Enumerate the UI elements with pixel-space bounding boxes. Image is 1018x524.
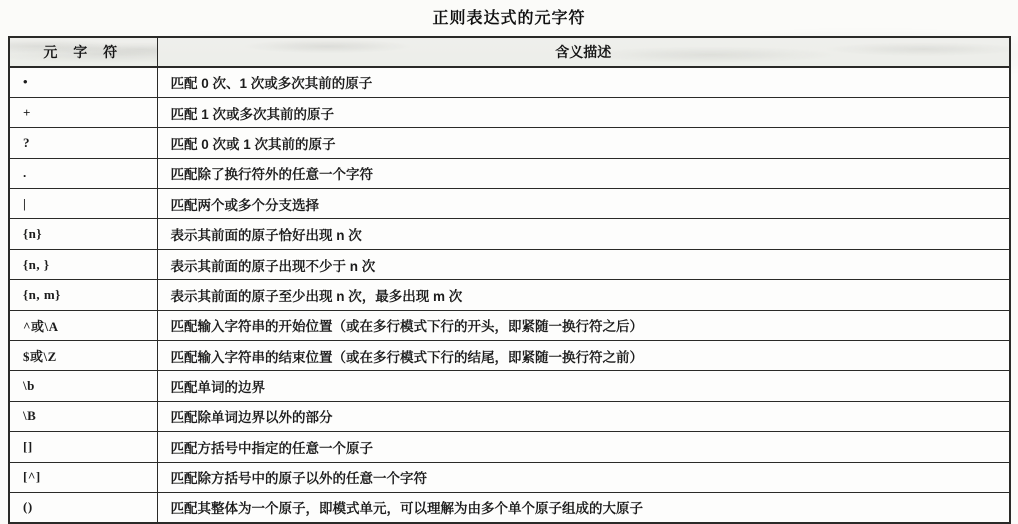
header-metachar: 元 字 符 — [9, 37, 157, 67]
description-cell: 表示其前面的原子出现不少于 n 次 — [157, 249, 1010, 279]
table-row: \B 匹配除单词边界以外的部分 — [9, 401, 1010, 431]
metachar-cell: {n, } — [9, 249, 157, 279]
metachar-cell: ? — [9, 128, 157, 158]
table-row: + 匹配 1 次或多次其前的原子 — [9, 97, 1010, 127]
description-cell: 匹配其整体为一个原子，即模式单元，可以理解为由多个单个原子组成的大原子 — [157, 492, 1010, 522]
description-cell: 匹配输入字符串的结束位置（或在多行模式下行的结尾，即紧随一换行符之前） — [157, 341, 1010, 371]
metachar-cell: {n} — [9, 219, 157, 249]
metachar-cell: ^或\A — [9, 310, 157, 340]
table-row: [] 匹配方括号中指定的任意一个原子 — [9, 432, 1010, 462]
table-row: • 匹配 0 次、1 次或多次其前的原子 — [9, 67, 1010, 97]
table-row: {n, m} 表示其前面的原子至少出现 n 次，最多出现 m 次 — [9, 280, 1010, 310]
regex-metachar-table: 元 字 符 含义描述 • 匹配 0 次、1 次或多次其前的原子 + 匹配 1 次… — [8, 36, 1011, 524]
metachar-cell: [] — [9, 432, 157, 462]
metachar-cell: \B — [9, 401, 157, 431]
table-row: \b 匹配单词的边界 — [9, 371, 1010, 401]
description-cell: 匹配除方括号中的原子以外的任意一个字符 — [157, 462, 1010, 492]
metachar-cell: + — [9, 97, 157, 127]
table-row: | 匹配两个或多个分支选择 — [9, 189, 1010, 219]
description-cell: 表示其前面的原子至少出现 n 次，最多出现 m 次 — [157, 280, 1010, 310]
metachar-cell: • — [9, 67, 157, 97]
metachar-cell: [^] — [9, 462, 157, 492]
metachar-cell: {n, m} — [9, 280, 157, 310]
table-row: {n} 表示其前面的原子恰好出现 n 次 — [9, 219, 1010, 249]
description-cell: 匹配 1 次或多次其前的原子 — [157, 97, 1010, 127]
metachar-cell: . — [9, 158, 157, 188]
description-cell: 匹配除单词边界以外的部分 — [157, 401, 1010, 431]
metachar-cell: $或\Z — [9, 341, 157, 371]
description-cell: 匹配 0 次、1 次或多次其前的原子 — [157, 67, 1010, 97]
metachar-cell: | — [9, 189, 157, 219]
description-cell: 匹配两个或多个分支选择 — [157, 189, 1010, 219]
scanned-page: 正则表达式的元字符 元 字 符 含义描述 • 匹配 0 次、1 次或多次其前的原… — [0, 0, 1018, 524]
description-cell: 匹配 0 次或 1 次其前的原子 — [157, 128, 1010, 158]
description-cell: 表示其前面的原子恰好出现 n 次 — [157, 219, 1010, 249]
table-row: () 匹配其整体为一个原子，即模式单元，可以理解为由多个单个原子组成的大原子 — [9, 492, 1010, 522]
table-row: ? 匹配 0 次或 1 次其前的原子 — [9, 128, 1010, 158]
metachar-cell: \b — [9, 371, 157, 401]
table-row: [^] 匹配除方括号中的原子以外的任意一个字符 — [9, 462, 1010, 492]
page-title: 正则表达式的元字符 — [0, 5, 1018, 28]
table-row: ^或\A 匹配输入字符串的开始位置（或在多行模式下行的开头，即紧随一换行符之后） — [9, 310, 1010, 340]
header-description: 含义描述 — [157, 37, 1010, 67]
description-cell: 匹配方括号中指定的任意一个原子 — [157, 432, 1010, 462]
description-cell: 匹配输入字符串的开始位置（或在多行模式下行的开头，即紧随一换行符之后） — [157, 310, 1010, 340]
table-row: $或\Z 匹配输入字符串的结束位置（或在多行模式下行的结尾，即紧随一换行符之前） — [9, 341, 1010, 371]
description-cell: 匹配单词的边界 — [157, 371, 1010, 401]
metachar-cell: () — [9, 492, 157, 522]
table-row: . 匹配除了换行符外的任意一个字符 — [9, 158, 1010, 188]
description-cell: 匹配除了换行符外的任意一个字符 — [157, 158, 1010, 188]
table-header-row: 元 字 符 含义描述 — [9, 37, 1010, 67]
table-row: {n, } 表示其前面的原子出现不少于 n 次 — [9, 249, 1010, 279]
